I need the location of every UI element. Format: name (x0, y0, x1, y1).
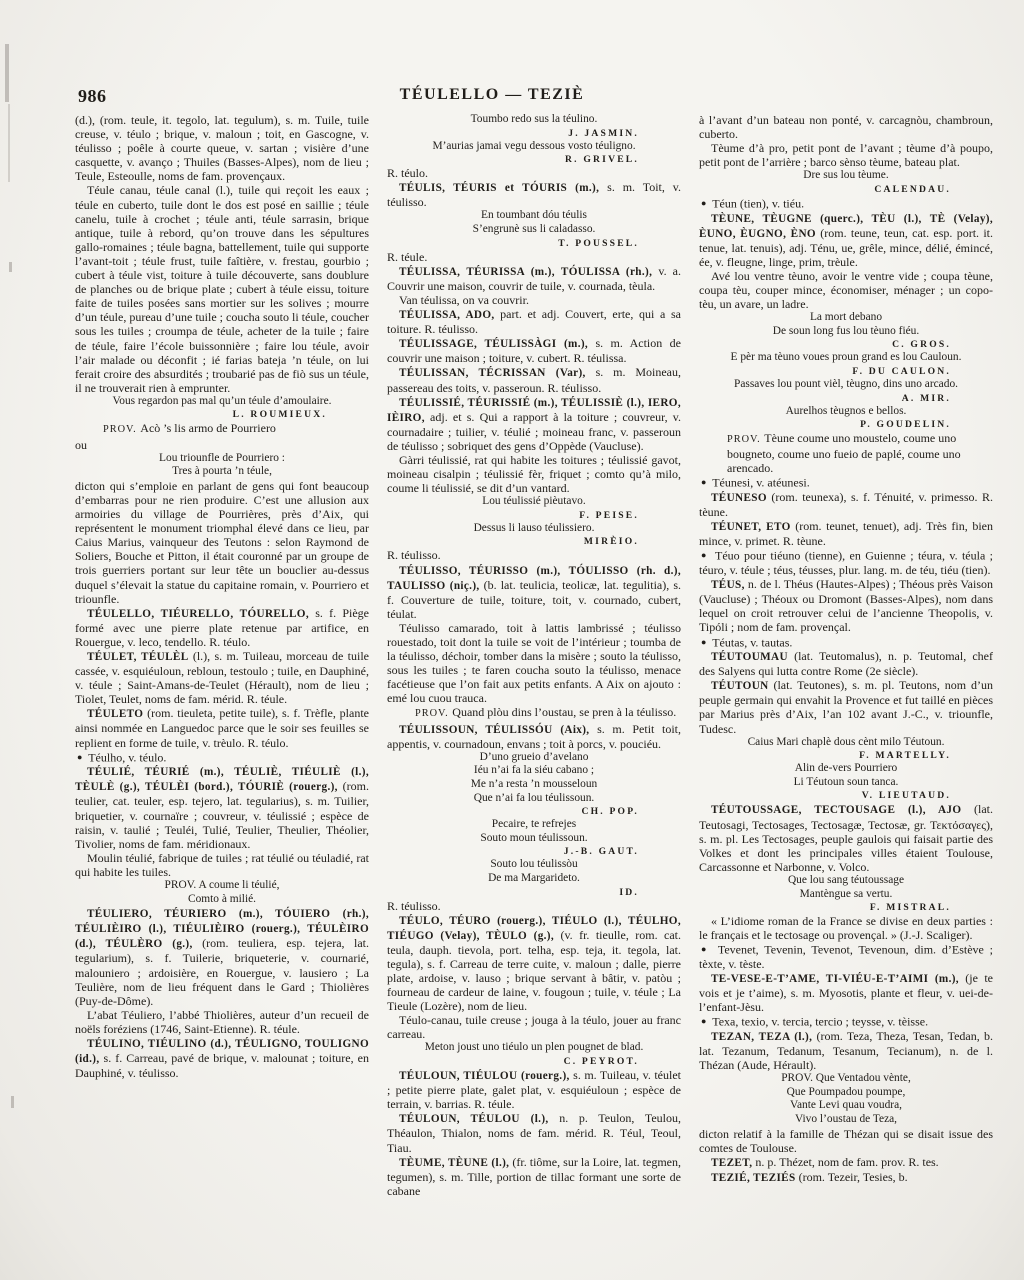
page-title: TÉULELLO — TEZIÈ (0, 86, 984, 104)
verse-line: Iéu n’ai fa la siéu cabano ; (387, 764, 681, 778)
verse-line: M’aurias jamai vegu dessous vosto téulig… (387, 140, 681, 154)
cross-reference-note: ● Téulho, v. téulo. (75, 750, 369, 765)
dictionary-entry: TÉULELLO, TIÉURELLO, TÓURELLO, s. f. Piè… (75, 606, 369, 649)
proverb-label: PROV. (415, 708, 452, 719)
verse-line: Li Téutoun soun tanca. (699, 776, 993, 790)
attribution: F. PEISE. (387, 509, 681, 522)
verse-line: En toumbant dóu téulis (387, 209, 681, 223)
verse-quotation: La mort debanoDe soun long fus lou tèuno… (699, 311, 993, 351)
verse-line: Comto à milié. (75, 893, 369, 907)
verse-quotation: Vous regardon pas mal qu’un téule d’amou… (75, 395, 369, 422)
bullet-icon: ● (701, 198, 709, 208)
attribution: A. MIR. (699, 392, 993, 405)
paragraph: L’abat Téuliero, l’abbé Thiolières, aute… (75, 1008, 369, 1036)
dictionary-entry: TÉULETO (rom. tieuleta, petite tuile), s… (75, 706, 369, 749)
dictionary-entry: TEZAN, TEZA (l.), (rom. Teza, Theza, Tes… (699, 1029, 993, 1072)
entry-headword: TÈUME, TÈUNE (l.), (399, 1157, 509, 1169)
verse-quotation: Aurelhos tèugnos e bellos.P. GOUDELIN. (699, 405, 993, 432)
verse-quotation: Passaves lou pount vièl, tèugno, dins un… (699, 378, 993, 405)
verse-line: Pecaire, te refrejes (387, 818, 681, 832)
entry-headword: TÉUS, (711, 579, 745, 591)
verse-quotation: Souto lou téulissòuDe ma Margarideto.ID. (387, 858, 681, 898)
verse-quotation: Toumbo redo sus la téulino.J. JASMIN. (387, 113, 681, 140)
cross-reference-note: ● Tevenet, Tevenin, Tevenot, Tevenoun, d… (699, 942, 993, 971)
paragraph: Téulo-canau, tuile creuse ; jouga à la t… (387, 1013, 681, 1041)
attribution: CH. POP. (387, 805, 681, 818)
verse-quotation: PROV. Que Ventadou vènte,Que Poumpadou p… (699, 1072, 993, 1126)
entry-headword: TÉULISSOUN, TÉULISSÓU (Aix), (399, 724, 589, 736)
bullet-icon: ● (701, 1016, 709, 1026)
attribution: F. MISTRAL. (699, 901, 993, 914)
entry-headword: TÉULISSAGE, TÉULISSÀGI (m.), (399, 338, 588, 350)
paragraph: dicton qui s’emploie en parlant de gens … (75, 479, 369, 606)
scanned-dictionary-page: 986 TÉULELLO — TEZIÈ (d.), (rom. teule, … (0, 0, 1024, 1280)
verse-line: Aurelhos tèugnos e bellos. (699, 405, 993, 419)
dictionary-entry: TÉULIERO, TÉURIERO (m.), TÓUIERO (rh.), … (75, 906, 369, 1008)
dictionary-entry: TÉUNESO (rom. teunexa), s. f. Ténuité, v… (699, 490, 993, 519)
paragraph: Téule canau, téule canal (l.), tuile qui… (75, 183, 369, 394)
dictionary-entry: TÉUTOUSSAGE, TECTOUSAGE (l.), AJO (lat. … (699, 802, 993, 873)
paragraph: R. téule. (387, 250, 681, 264)
entry-headword: TÉULELLO, TIÉURELLO, TÓURELLO, (87, 608, 309, 620)
attribution: MIRÈIO. (387, 535, 681, 548)
attribution: J. JASMIN. (387, 127, 681, 140)
verse-line: PROV. A coume li téulié, (75, 879, 369, 893)
verse-quotation: Que lou sang téutoussageMantèngue sa ver… (699, 874, 993, 914)
proverb-label: PROV. (727, 434, 764, 445)
column-1: (d.), (rom. teule, it. tegolo, lat. tegu… (75, 113, 369, 1223)
entry-headword: TÉULIÉ, TÉURIÉ (m.), TÉULIÈ, TIÉULIÈ (l.… (75, 766, 369, 793)
paragraph: Tèume d’à pro, petit pont de l’avant ; t… (699, 141, 993, 169)
attribution: C. GROS. (699, 338, 993, 351)
bullet-icon: ● (701, 944, 712, 954)
proverb: PROV. Quand plòu dins l’oustau, se pren … (387, 705, 681, 721)
bullet-icon: ● (77, 752, 85, 762)
dictionary-entry: TÉULIÉ, TÉURIÉ (m.), TÉULIÈ, TIÉULIÈ (l.… (75, 764, 369, 851)
verse-line: Alin de-vers Pourriero (699, 762, 993, 776)
proverb-label: PROV. (103, 424, 140, 435)
entry-headword: TÉUTOUSSAGE, TECTOUSAGE (l.), AJO (711, 804, 961, 816)
bullet-icon: ● (701, 637, 709, 647)
cross-reference-note: ● Téun (tien), v. tiéu. (699, 196, 993, 211)
verse-quotation: Pecaire, te refrejesSouto moun téulissou… (387, 818, 681, 858)
attribution: R. GRIVEL. (387, 153, 681, 166)
verse-quotation: Alin de-vers PourrieroLi Téutoun soun ta… (699, 762, 993, 802)
verse-line: Lou triounfle de Pourriero : (75, 452, 369, 466)
verse-line: Toumbo redo sus la téulino. (387, 113, 681, 127)
paragraph: R. téulisso. (387, 548, 681, 562)
verse-line: PROV. Que Ventadou vènte, (699, 1072, 993, 1086)
verse-quotation: Lou téulissié pièutavo.F. PEISE. (387, 495, 681, 522)
entry-headword: TEZIÉ, TEZIÉS (711, 1172, 796, 1184)
paragraph: « L’idiome roman de la France se divise … (699, 914, 993, 942)
verse-line: De ma Margarideto. (387, 872, 681, 886)
dictionary-entry: TÉULISSAGE, TÉULISSÀGI (m.), s. m. Actio… (387, 336, 681, 365)
dictionary-entry: TÉULINO, TIÉULINO (d.), TÉULIGNO, TOULIG… (75, 1036, 369, 1080)
scan-artifact (9, 262, 12, 272)
column-2: Toumbo redo sus la téulino.J. JASMIN.M’a… (387, 113, 681, 1223)
dictionary-entry: TÉULISSAN, TÉCRISSAN (Var), s. m. Moinea… (387, 365, 681, 394)
verse-line: S’engrunè sus li caladasso. (387, 223, 681, 237)
dictionary-entry: TÉUS, n. de l. Théus (Hautes-Alpes) ; Th… (699, 577, 993, 634)
attribution: F. MARTELLY. (699, 749, 993, 762)
entry-headword: TÉUTOUN (711, 680, 769, 692)
dictionary-entry: TÉUTOUN (lat. Teutones), s. m. pl. Teuto… (699, 678, 993, 735)
verse-line: Dre sus lou tèume. (699, 169, 993, 183)
paragraph: Avé lou ventre tèuno, avoir le ventre vi… (699, 269, 993, 311)
verse-line: D’uno grueio d’avelano (387, 751, 681, 765)
entry-headword: TÉULINO, TIÉULINO (d.), TÉULIGNO, TOULIG… (75, 1038, 369, 1065)
dictionary-entry: TÉULISSIÉ, TÉURISSIÉ (m.), TÉULISSIÈ (l.… (387, 395, 681, 453)
proverb: PROV. Acò ’s lis armo de Pourriero (75, 421, 369, 437)
verse-line: Que Poumpadou poumpe, (699, 1086, 993, 1100)
cross-reference-note: ● Téuo pour tiéuno (tienne), en Guienne … (699, 548, 993, 577)
dictionary-entry: TÉULOUN, TÉULOU (l.), n. p. Teulon, Teul… (387, 1111, 681, 1154)
verse-line: Souto lou téulissòu (387, 858, 681, 872)
entry-headword: TÉULOUN, TIÉULOU (rouerg.), (399, 1070, 570, 1082)
attribution: ID. (387, 886, 681, 899)
text-columns: (d.), (rom. teule, it. tegolo, lat. tegu… (75, 113, 991, 1223)
paragraph: Gàrri téulissié, rat qui habite les toit… (387, 453, 681, 495)
verse-quotation: Dre sus lou tèume.CALENDAU. (699, 169, 993, 196)
column-3: à l’avant d’un bateau non ponté, v. carc… (699, 113, 993, 1223)
verse-quotation: Caius Mari chaplè dous cènt milo Téutoun… (699, 736, 993, 763)
dictionary-entry: TÈUNE, TÈUGNE (querc.), TÈU (l.), TÈ (Ve… (699, 211, 993, 269)
paragraph: R. téulo. (387, 166, 681, 180)
dictionary-entry: TÉULISSOUN, TÉULISSÓU (Aix), s. m. Petit… (387, 722, 681, 751)
verse-quotation: Meton joust uno tiéulo un plen pougnet d… (387, 1041, 681, 1068)
dictionary-entry: TÉULET, TÉULÈL (l.), s. m. Tuileau, morc… (75, 649, 369, 706)
scan-artifact (11, 1096, 14, 1108)
verse-quotation: D’uno grueio d’avelanoIéu n’ai fa la sié… (387, 751, 681, 818)
cross-reference-note: ● Téutas, v. tautas. (699, 635, 993, 650)
paragraph: (d.), (rom. teule, it. tegolo, lat. tegu… (75, 113, 369, 183)
entry-headword: TE-VESE-E-T’AME, TI-VIÉU-E-T’AIMI (m.), (711, 973, 959, 985)
bullet-icon: ● (701, 477, 709, 487)
attribution: CALENDAU. (699, 183, 993, 196)
dictionary-entry: TÉULISSA, ADO, part. et adj. Couvert, er… (387, 307, 681, 336)
verse-line: Vous regardon pas mal qu’un téule d’amou… (75, 395, 369, 409)
verse-line: Souto moun téulissoun. (387, 832, 681, 846)
paragraph: Téulisso camarado, toit à lattis lambris… (387, 621, 681, 706)
paragraph: R. téulisso. (387, 899, 681, 913)
entry-headword: TÉULIERO, TÉURIERO (m.), TÓUIERO (rh.), … (75, 908, 369, 950)
entry-headword: TÉULIS, TÉURIS et TÓURIS (m.), (399, 182, 599, 194)
verse-line: Lou téulissié pièutavo. (387, 495, 681, 509)
verse-quotation: Dessus li lauso téulissiero.MIRÈIO. (387, 522, 681, 549)
dictionary-entry: TEZIÉ, TEZIÉS (rom. Tezeir, Tesies, b. (699, 1170, 993, 1185)
attribution: P. GOUDELIN. (699, 418, 993, 431)
attribution: T. POUSSEL. (387, 237, 681, 250)
dictionary-entry: TÉUTOUMAU (lat. Teutomalus), n. p. Teuto… (699, 649, 993, 678)
verse-line: Tres à pourta ’n téule, (75, 465, 369, 479)
entry-headword: TEZET, (711, 1157, 752, 1169)
paragraph: ou (75, 438, 369, 452)
entry-headword: TÉUNESO (711, 492, 767, 504)
paragraph: dicton relatif à la famille de Thézan qu… (699, 1127, 993, 1155)
paragraph: Van téulissa, on va couvrir. (387, 293, 681, 307)
verse-line: Vante Levi quau voudra, (699, 1099, 993, 1113)
verse-line: Que n’ai fa lou téulissoun. (387, 792, 681, 806)
entry-headword: TÉULISSA, ADO, (399, 309, 495, 321)
entry-headword: TÉUTOUMAU (711, 651, 788, 663)
verse-line: E pèr ma tèuno voues proun grand es lou … (699, 351, 993, 365)
entry-headword: TÉULETO (87, 708, 143, 720)
attribution: L. ROUMIEUX. (75, 408, 369, 421)
verse-line: De soun long fus lou tèuno fiéu. (699, 325, 993, 339)
cross-reference-note: ● Texa, texio, v. tercia, tercio ; teyss… (699, 1014, 993, 1029)
verse-line: Passaves lou pount vièl, tèugno, dins un… (699, 378, 993, 392)
entry-headword: TÉULET, TÉULÈL (87, 651, 189, 663)
attribution: J.-B. GAUT. (387, 845, 681, 858)
entry-headword: TÉULISSAN, TÉCRISSAN (Var), (399, 367, 586, 379)
verse-quotation: En toumbant dóu téulisS’engrunè sus li c… (387, 209, 681, 249)
verse-quotation: PROV. A coume li téulié,Comto à milié. (75, 879, 369, 906)
verse-line: Que lou sang téutoussage (699, 874, 993, 888)
verse-line: Mantèngue sa vertu. (699, 888, 993, 902)
attribution: C. PEYROT. (387, 1055, 681, 1068)
dictionary-entry: TÉUNET, ETO (rom. teunet, tenuet), adj. … (699, 519, 993, 548)
verse-quotation: M’aurias jamai vegu dessous vosto téulig… (387, 140, 681, 167)
entry-headword: TÉULO, TÉURO (rouerg.), TIÉULO (l.), TÉU… (387, 915, 681, 942)
cross-reference-note: ● Téunesi, v. atéunesi. (699, 475, 993, 490)
proverb: PROV. Tèune coume uno moustelo, coume un… (699, 431, 993, 475)
scan-artifact (8, 104, 10, 182)
attribution: F. DU CAULON. (699, 365, 993, 378)
verse-line: Dessus li lauso téulissiero. (387, 522, 681, 536)
verse-quotation: Lou triounfle de Pourriero :Tres à pourt… (75, 452, 369, 479)
entry-headword: TÉULISSA, TÉURISSA (m.), TÓULISSA (rh.), (399, 266, 652, 278)
entry-headword: TÉULISSO, TÉURISSO (m.), TÓULISSO (rh. d… (387, 565, 681, 592)
verse-line: Meton joust uno tiéulo un plen pougnet d… (387, 1041, 681, 1055)
verse-line: La mort debano (699, 311, 993, 325)
verse-line: Vivo l’oustau de Teza, (699, 1113, 993, 1127)
dictionary-entry: TÉULIS, TÉURIS et TÓURIS (m.), s. m. Toi… (387, 180, 681, 209)
dictionary-entry: TÉULISSA, TÉURISSA (m.), TÓULISSA (rh.),… (387, 264, 681, 293)
verse-quotation: E pèr ma tèuno voues proun grand es lou … (699, 351, 993, 378)
entry-headword: TEZAN, TEZA (l.), (711, 1031, 812, 1043)
attribution: V. LIEUTAUD. (699, 789, 993, 802)
entry-headword: TÈUNE, TÈUGNE (querc.), TÈU (l.), TÈ (Ve… (699, 213, 993, 240)
paragraph: à l’avant d’un bateau non ponté, v. carc… (699, 113, 993, 141)
dictionary-entry: TÉULO, TÉURO (rouerg.), TIÉULO (l.), TÉU… (387, 913, 681, 1014)
dictionary-entry: TEZET, n. p. Thézet, nom de fam. prov. R… (699, 1155, 993, 1170)
dictionary-entry: TÉULOUN, TIÉULOU (rouerg.), s. m. Tuilea… (387, 1068, 681, 1111)
dictionary-entry: TÉULISSO, TÉURISSO (m.), TÓULISSO (rh. d… (387, 563, 681, 621)
verse-line: Caius Mari chaplè dous cènt milo Téutoun… (699, 736, 993, 750)
verse-line: Me n’a resta ’n mousseloun (387, 778, 681, 792)
bullet-icon: ● (701, 550, 711, 560)
dictionary-entry: TÈUME, TÈUNE (l.), (fr. tiôme, sur la Lo… (387, 1155, 681, 1198)
entry-headword: TÉULISSIÉ, TÉURISSIÉ (m.), TÉULISSIÈ (l.… (387, 397, 681, 424)
paragraph: Moulin téulié, fabrique de tuiles ; rat … (75, 851, 369, 879)
entry-headword: TÉULOUN, TÉULOU (l.), (399, 1113, 549, 1125)
dictionary-entry: TE-VESE-E-T’AME, TI-VIÉU-E-T’AIMI (m.), … (699, 971, 993, 1014)
entry-headword: TÉUNET, ETO (711, 521, 791, 533)
